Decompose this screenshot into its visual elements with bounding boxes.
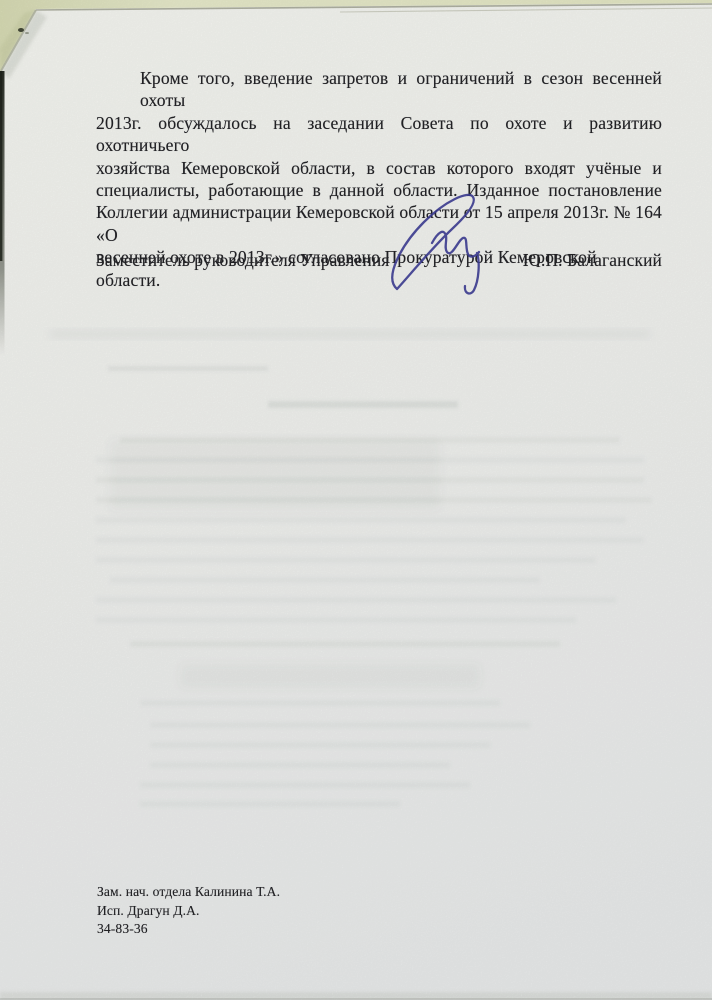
bleed-signature-blob [180, 664, 480, 688]
bleed-line [150, 742, 490, 748]
bleed-line [96, 477, 644, 483]
paragraph-line: хозяйства Кемеровской области, в состав … [96, 157, 662, 179]
scanned-letter-page: Кроме того, введение запретов и ограниче… [0, 0, 712, 1000]
bleed-line [120, 437, 620, 443]
bleed-line [140, 700, 500, 706]
paragraph-line: 2013г. обсуждалось на заседании Совета п… [96, 112, 662, 157]
footer-block: Зам. нач. отдела Калинина Т.А. Исп. Драг… [97, 883, 280, 939]
bleed-line [130, 641, 560, 647]
bleed-line [110, 577, 540, 583]
bleed-line [96, 597, 616, 603]
bleed-line [150, 722, 530, 728]
signature-stroke [465, 253, 479, 293]
bleed-line [268, 401, 458, 408]
bleed-line [140, 782, 470, 788]
bleed-line [96, 497, 652, 503]
bleed-line [96, 517, 626, 523]
footer-line-phone: 34-83-36 [97, 920, 280, 939]
handwritten-signature-icon [366, 186, 498, 304]
bleed-line [96, 457, 644, 463]
bleed-line [140, 801, 400, 807]
dirt-speck [18, 28, 24, 32]
footer-line-executor: Исп. Драгун Д.А. [97, 902, 280, 921]
bleed-line [108, 366, 268, 371]
signer-title: Заместитель руководителя Управления [96, 250, 389, 271]
bleed-line [96, 537, 644, 543]
dirt-speck [25, 32, 29, 34]
footer-line-department-head: Зам. нач. отдела Калинина Т.А. [97, 883, 280, 902]
paragraph-line: Кроме того, введение запретов и ограниче… [96, 67, 662, 112]
signature-stroke [432, 232, 479, 257]
fold-crease [50, 331, 650, 337]
left-edge-shadow-core [0, 71, 2, 261]
bleed-line [96, 617, 576, 623]
bleed-line [96, 557, 596, 563]
signer-name: Ю.П. Балаганский [523, 250, 662, 271]
bleed-line [150, 762, 450, 768]
